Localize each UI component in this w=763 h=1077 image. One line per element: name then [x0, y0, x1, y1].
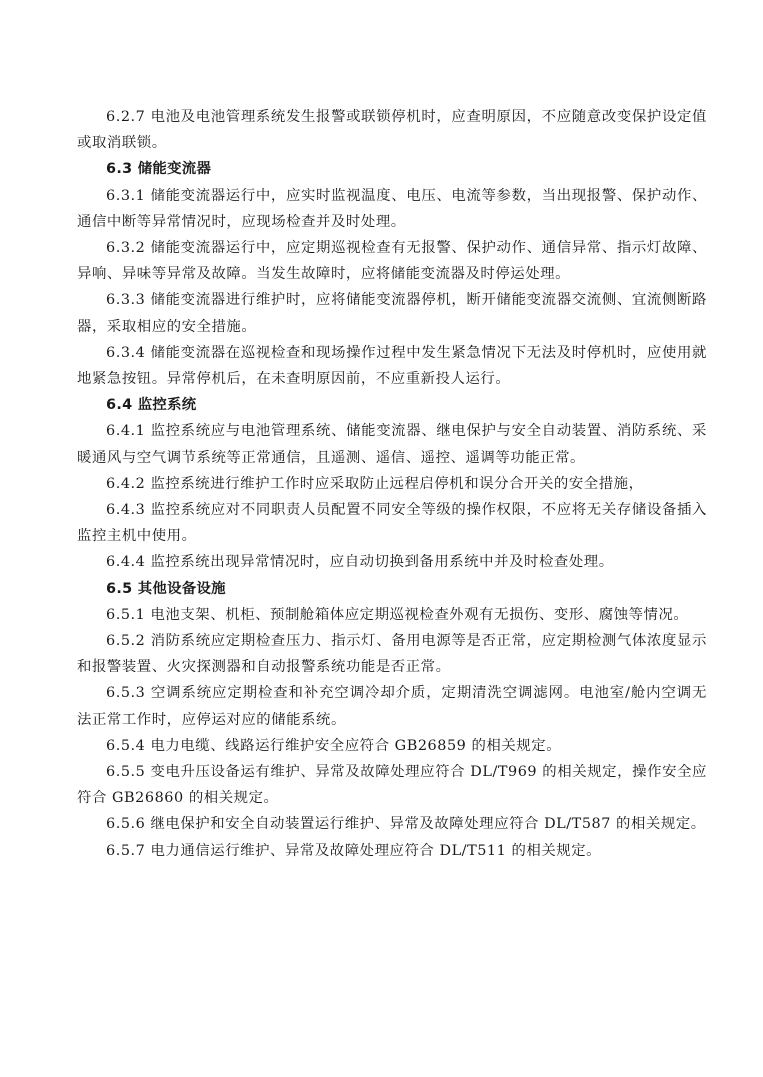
clause-6-5-2: 6.5.2 消防系统应定期检查压力、指示灯、备用电源等是否正常，应定期检测气体浓… [77, 628, 707, 680]
section-heading-6-5: 6.5 其他设备设施 [77, 576, 707, 602]
clause-6-2-7: 6.2.7 电池及电池管理系统发生报警或联锁停机时，应查明原因，不应随意改变保护… [77, 104, 707, 156]
clause-6-5-3: 6.5.3 空调系统应定期检查和补充空调冷却介质，定期清洗空调滤网。电池室/舱内… [77, 680, 707, 732]
clause-6-4-1: 6.4.1 监控系统应与电池管理系统、储能变流器、继电保护与安全自动装置、消防系… [77, 418, 707, 470]
clause-6-5-1: 6.5.1 电池支架、机柜、预制舱箱体应定期巡视检查外观有无损伤、变形、腐蚀等情… [77, 602, 707, 628]
clause-6-4-4: 6.4.4 监控系统出现异常情况时，应自动切换到备用系统中并及时检查处理。 [77, 549, 707, 575]
clause-6-5-5: 6.5.5 变电升压设备运有维护、异常及故障处理应符合 DL/T969 的相关规… [77, 759, 707, 811]
clause-6-3-2: 6.3.2 储能变流器运行中，应定期巡视检查有无报警、保护动作、通信异常、指示灯… [77, 235, 707, 287]
clause-6-5-6: 6.5.6 继电保护和安全自动装置运行维护、异常及故障处理应符合 DL/T587… [77, 811, 707, 837]
clause-6-4-2: 6.4.2 监控系统进行维护工作时应采取防止远程启停机和误分合开关的安全措施， [77, 471, 707, 497]
section-heading-6-3: 6.3 储能变流器 [77, 156, 707, 182]
clause-6-3-1: 6.3.1 储能变流器运行中，应实时监视温度、电压、电流等参数，当出现报警、保护… [77, 183, 707, 235]
clause-6-3-3: 6.3.3 储能变流器进行维护时，应将储能变流器停机，断开储能变流器交流侧、宜流… [77, 287, 707, 339]
clause-6-3-4: 6.3.4 储能变流器在巡视检查和现场操作过程中发生紧急情况下无法及时停机时，应… [77, 340, 707, 392]
clause-6-5-4: 6.5.4 电力电缆、线路运行维护安全应符合 GB26859 的相关规定。 [77, 733, 707, 759]
clause-6-5-7: 6.5.7 电力通信运行维护、异常及故障处理应符合 DL/T511 的相关规定。 [77, 838, 707, 864]
document-page: 6.2.7 电池及电池管理系统发生报警或联锁停机时，应查明原因，不应随意改变保护… [77, 104, 707, 864]
clause-6-4-3: 6.4.3 监控系统应对不同职责人员配置不同安全等级的操作权限，不应将无关存储设… [77, 497, 707, 549]
section-heading-6-4: 6.4 监控系统 [77, 392, 707, 418]
